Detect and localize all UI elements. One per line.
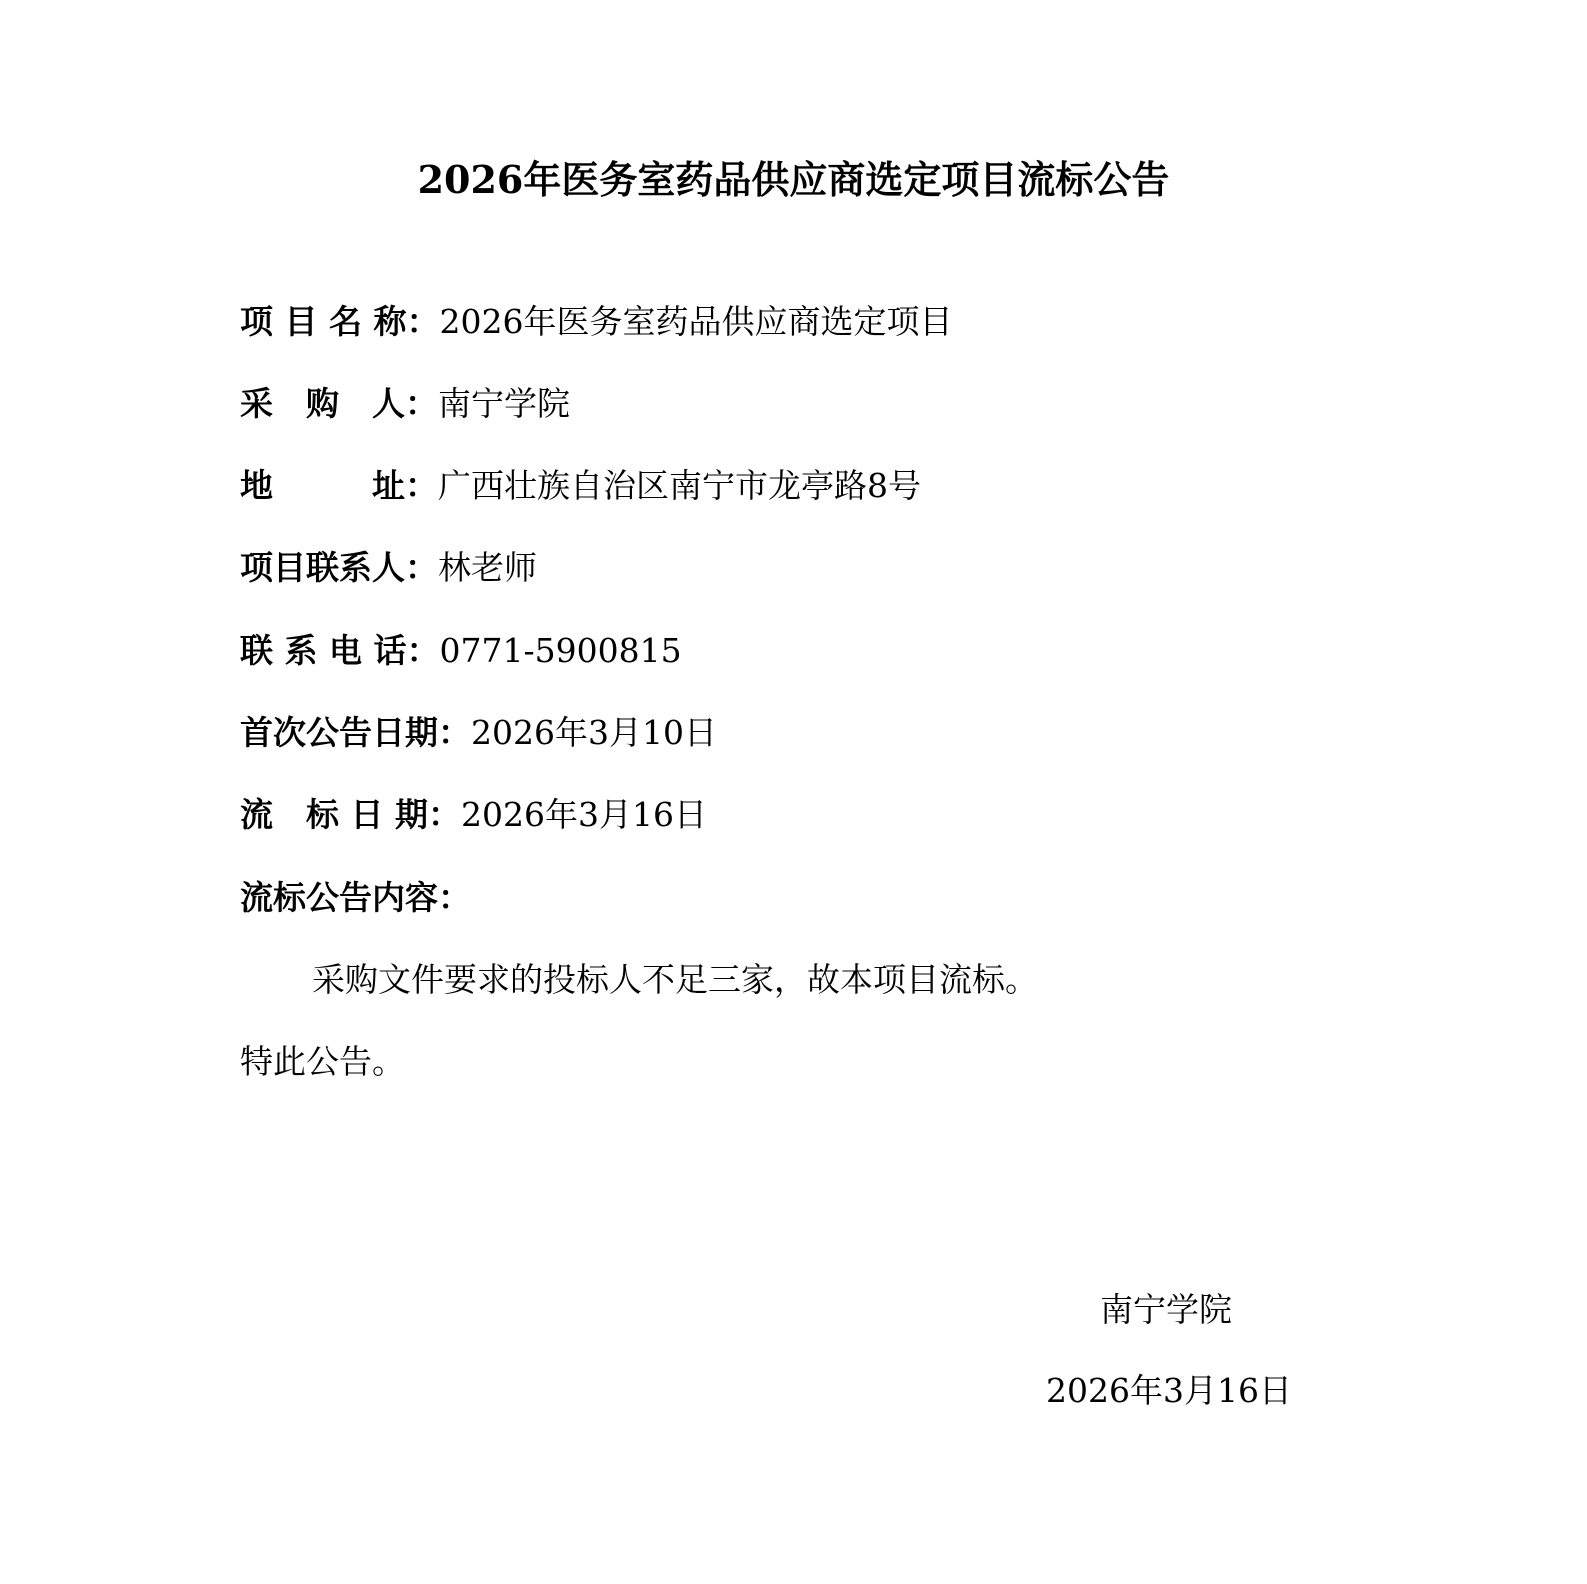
- field-label: 项目联系人：: [240, 543, 438, 593]
- field-address: 地 址：广西壮族自治区南宁市龙亭路8号: [240, 461, 921, 511]
- field-project-name: 项 目 名 称：2026年医务室药品供应商选定项目: [240, 297, 952, 347]
- field-first-announcement-date: 首次公告日期：2026年3月10日: [240, 708, 717, 758]
- document-title: 2026年医务室药品供应商选定项目流标公告: [0, 152, 1587, 208]
- field-purchaser: 采 购 人：南宁学院: [240, 379, 570, 429]
- field-label: 联 系 电 话：: [240, 626, 439, 676]
- field-label: 地 址：: [240, 461, 438, 511]
- field-value: 0771-5900815: [439, 631, 681, 670]
- content-heading: 流标公告内容：: [240, 873, 471, 923]
- field-contact-person: 项目联系人：林老师: [240, 543, 537, 593]
- field-value: 2026年医务室药品供应商选定项目: [439, 302, 952, 341]
- field-value: 2026年3月10日: [471, 713, 717, 752]
- signature-date: 2026年3月16日: [1046, 1366, 1292, 1416]
- field-value: 2026年3月16日: [461, 795, 707, 834]
- field-label: 项 目 名 称：: [240, 297, 439, 347]
- field-label: 首次公告日期：: [240, 708, 471, 758]
- field-label: 采 购 人：: [240, 379, 438, 429]
- field-value: 广西壮族自治区南宁市龙亭路8号: [438, 466, 921, 505]
- closing-statement: 特此公告。: [240, 1037, 405, 1087]
- field-value: 南宁学院: [438, 384, 570, 423]
- field-contact-phone: 联 系 电 话：0771-5900815: [240, 626, 682, 676]
- field-failed-bid-date: 流 标 日 期：2026年3月16日: [240, 790, 707, 840]
- field-label: 流 标 日 期：: [240, 790, 461, 840]
- signature-organization: 南宁学院: [1100, 1285, 1232, 1335]
- content-body: 采购文件要求的投标人不足三家，故本项目流标。: [312, 955, 1038, 1005]
- field-value: 林老师: [438, 548, 537, 587]
